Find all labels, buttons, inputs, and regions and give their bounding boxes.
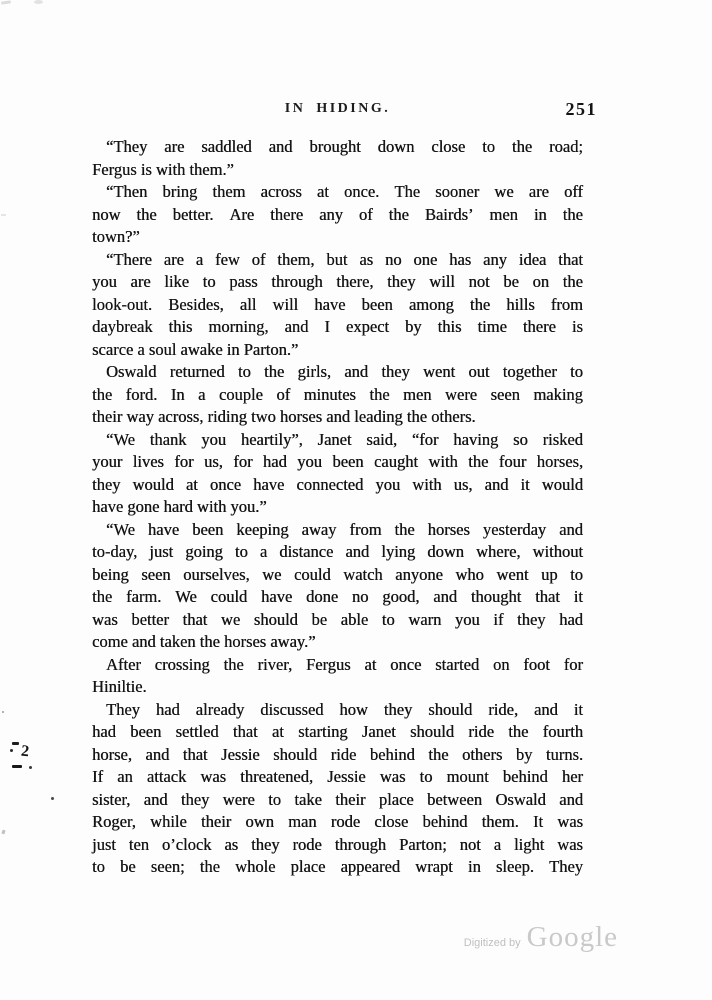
text-line: Aftercrossingtheriver,Fergusatoncestarte… bbox=[92, 654, 583, 677]
text-line: scarce a soul awake in Parton.” bbox=[92, 339, 583, 362]
text-body: “Theyaresaddledandbroughtdownclosetother… bbox=[92, 136, 583, 879]
text-line: have gone hard with you.” bbox=[92, 496, 583, 519]
text-line: “Wehavebeenkeepingawayfromthehorsesyeste… bbox=[92, 519, 583, 542]
text-line: youareliketopassthroughthere,theywillnot… bbox=[92, 271, 583, 294]
text-line: Fergus is with them.” bbox=[92, 159, 583, 182]
text-line: Hiniltie. bbox=[92, 676, 583, 699]
text-line: Theyhadalreadydiscussedhowtheyshouldride… bbox=[92, 699, 583, 722]
text-line: look-out.Besides,allwillhavebeenamongthe… bbox=[92, 294, 583, 317]
scan-artifact-dot bbox=[2, 711, 4, 713]
scan-artifact-dot bbox=[10, 749, 13, 752]
digitization-watermark: Digitized by Google bbox=[464, 921, 618, 954]
text-line: justteno’clockastheyrodethroughParton;no… bbox=[92, 834, 583, 857]
text-line: come and taken the horses away.” bbox=[92, 631, 583, 654]
text-line: tobeseen;thewholeplaceappearedwraptinsle… bbox=[92, 856, 583, 879]
text-line: “Theyaresaddledandbroughtdownclosetother… bbox=[92, 136, 583, 159]
scan-artifact-mark bbox=[1, 830, 5, 835]
text-line: sister,andtheyweretotaketheirplacebetwee… bbox=[92, 789, 583, 812]
text-line: town?” bbox=[92, 226, 583, 249]
scan-artifact-dash bbox=[12, 765, 22, 768]
digitized-by-label: Digitized by bbox=[464, 937, 521, 949]
text-line: wasbetterthatweshouldbeabletowarnyouifth… bbox=[92, 609, 583, 632]
scan-artifact-dash bbox=[1, 214, 6, 216]
text-line: their way across, riding two horses and … bbox=[92, 406, 583, 429]
scan-artifact-smudge bbox=[1, 0, 11, 4]
text-line: theywouldatoncehaveconnectedyouwithus,an… bbox=[92, 474, 583, 497]
text-line: Oswaldreturnedtothegirls,andtheywentoutt… bbox=[92, 361, 583, 384]
text-line: Ifanattackwasthreatened,Jessiewastomount… bbox=[92, 766, 583, 789]
text-line: hadbeensettledthatatstartingJanetshouldr… bbox=[92, 721, 583, 744]
scan-artifact-dot bbox=[29, 766, 32, 769]
text-line: yourlivesforus,forhadyoubeencaughtwithth… bbox=[92, 451, 583, 474]
text-line: theford.Inacoupleofminutesthemenwereseen… bbox=[92, 384, 583, 407]
text-line: “Thenbringthemacrossatonce.Thesoonerwear… bbox=[92, 181, 583, 204]
text-line: “Wethankyouheartily”,Janetsaid,“forhavin… bbox=[92, 429, 583, 452]
text-line: beingseenourselves,wecouldwatchanyonewho… bbox=[92, 564, 583, 587]
text-line: thefarm.Wecouldhavedonenogood,andthought… bbox=[92, 586, 583, 609]
scan-artifact-dash bbox=[12, 742, 19, 745]
text-line: to-day,justgoingtoadistanceandlyingdownw… bbox=[92, 541, 583, 564]
scanned-book-page: IN HIDING. 251 “Theyaresaddledandbrought… bbox=[0, 0, 712, 1000]
running-header-title: IN HIDING. bbox=[92, 101, 583, 117]
text-line: daybreakthismorning,andIexpectbythistime… bbox=[92, 316, 583, 339]
scan-artifact-margin-glyph: 2 bbox=[20, 744, 30, 761]
text-line: Roger,whiletheirownmanrodeclosebehindthe… bbox=[92, 811, 583, 834]
page-number: 251 bbox=[566, 99, 598, 120]
scan-artifact-smudge bbox=[34, 0, 43, 4]
text-line: “Thereareafewofthem,butasnoonehasanyidea… bbox=[92, 249, 583, 272]
scan-artifact-dot bbox=[51, 797, 54, 800]
text-line: nowthebetter.ArethereanyoftheBairds’meni… bbox=[92, 204, 583, 227]
text-line: horse,andthatJessieshouldridebehindtheot… bbox=[92, 744, 583, 767]
google-logo-text: Google bbox=[527, 921, 618, 954]
